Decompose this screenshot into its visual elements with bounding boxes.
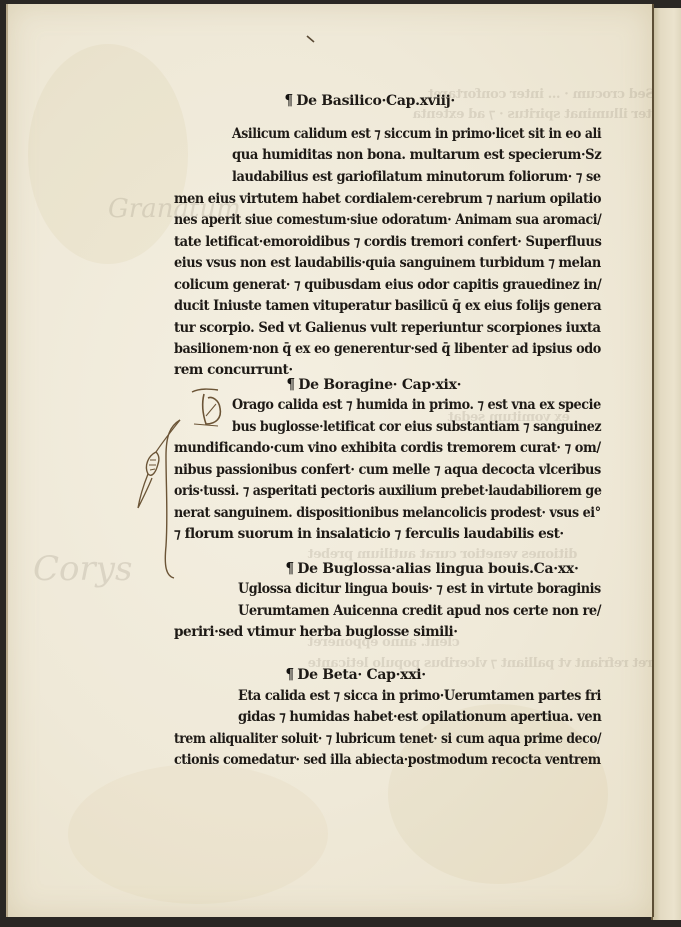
- text-line: tate letificat·emoroidibus ⁊ cordis trem…: [174, 233, 601, 251]
- showthrough-text: ind. · Sed crocum · ... inter confortare…: [428, 86, 654, 104]
- heading-text: De Basilico·Cap.xviij·: [296, 93, 455, 109]
- text-line: ctionis comedatur· sed illa abiecta·post…: [174, 751, 601, 769]
- faint-marginal-note: Corys: [33, 549, 132, 589]
- text-line: ducit Iniuste tamen vituperatur basilicū…: [174, 297, 601, 315]
- ink-speck: [305, 34, 317, 44]
- heading-text: De Buglossa·alias lingua bouis.Ca·xx·: [297, 561, 578, 577]
- text-line: eius vsus non est laudabilis·quia sangui…: [174, 254, 601, 272]
- text-line: rem concurrunt·: [174, 361, 293, 379]
- text-line: periri·sed vtimur herba buglosse simili·: [174, 623, 458, 641]
- text-line: basilionem·non q̄ ex eo generentur·sed q…: [174, 340, 601, 358]
- text-line: bus buglosse·letificat cor eius substant…: [232, 418, 601, 436]
- text-line: Orago calida est ⁊ humida in primo. ⁊ es…: [232, 396, 601, 414]
- chapter-heading-basilico: ¶De Basilico·Cap.xviij·: [284, 91, 455, 110]
- paper-stain: [28, 44, 188, 264]
- text-line: colicum generat· ⁊ quibusdam eius odor c…: [174, 276, 601, 294]
- adjacent-page-edge: [651, 8, 681, 920]
- chapter-heading-boragine: ¶De Boragine· Cap·xix·: [286, 375, 461, 394]
- text-line: nibus passionibus confert· cum melle ⁊ a…: [174, 461, 601, 479]
- text-line: gidas ⁊ humidas habet·est opilationum ap…: [238, 708, 601, 726]
- text-line: oris·tussi. ⁊ asperitati pectoris auxili…: [174, 482, 601, 500]
- paper-stain: [68, 764, 328, 904]
- text-line: Asilicum calidum est ⁊ siccum in primo·l…: [232, 125, 601, 143]
- text-line: trem aliqualiter soluit· ⁊ lubricum tene…: [174, 730, 601, 748]
- text-line: qua humiditas non bona. multarum est spe…: [232, 146, 601, 164]
- paragraph-mark-icon: ¶: [286, 375, 294, 393]
- chapter-heading-buglossa: ¶De Buglossa·alias lingua bouis.Ca·xx·: [285, 559, 579, 578]
- text-line: nes aperit siue comestum·siue odoratum· …: [174, 211, 601, 229]
- manuscript-bracket-and-manicule: [126, 416, 186, 586]
- text-line: tur scorpio. Sed vt Galienus vult reperi…: [174, 319, 601, 337]
- text-line: Eta calida est ⁊ sicca in primo·Uerumtam…: [238, 687, 601, 705]
- book-page: ind. · Sed crocum · ... inter confortare…: [6, 4, 654, 917]
- text-line: nerat sanguinem. dispositionibus melanco…: [174, 504, 601, 522]
- text-line: Uerumtamen Auicenna credit apud nos cert…: [238, 602, 601, 620]
- text-line: mundificando·cum vino exhibita cordis tr…: [174, 439, 601, 457]
- text-line: men eius virtutem habet cordialem·cerebr…: [174, 190, 601, 208]
- heading-text: De Boragine· Cap·xix·: [298, 377, 461, 393]
- paragraph-mark-icon: ¶: [285, 665, 293, 683]
- chapter-heading-beta: ¶De Beta· Cap·xxi·: [285, 665, 426, 684]
- manuscript-initial-letter: [188, 386, 232, 430]
- heading-text: De Beta· Cap·xxi·: [297, 667, 426, 683]
- paragraph-mark-icon: ¶: [284, 91, 292, 109]
- paragraph-mark-icon: ¶: [285, 559, 293, 577]
- text-line: ⁊ florum suorum in insalaticio ⁊ ferculi…: [174, 525, 564, 543]
- text-line: laudabilius est gariofilatum minutorum f…: [232, 168, 601, 186]
- text-line: Uglossa dicitur lingua bouis· ⁊ est in v…: [238, 580, 601, 598]
